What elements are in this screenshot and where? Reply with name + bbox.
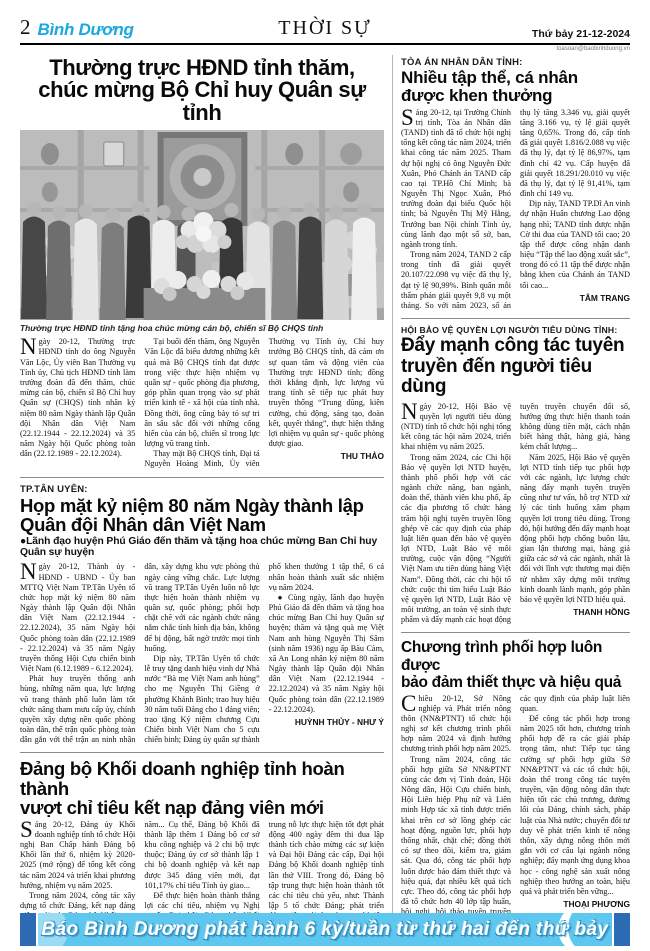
banner-left-square (20, 913, 36, 946)
article-photo-figure: Thường trực HĐND tỉnh tặng hoa chúc mừng… (20, 130, 384, 333)
page-header: 2 Bình Dương THỜI SỰ Thứ bảy 21-12-2024 (20, 16, 630, 40)
article-headline: Đảng bộ Khối doanh nghiệp tỉnh hoàn thàn… (20, 759, 384, 817)
byline: TÂM TRANG (520, 293, 630, 303)
article-tan-uyen: TP.TÂN UYÊN: Họp mặt kỷ niệm 80 năm Ngày… (20, 484, 384, 746)
photo-caption: Thường trực HĐND tỉnh tặng hoa chúc mừng… (20, 323, 384, 333)
issue-date: Thứ bảy 21-12-2024 (532, 28, 630, 40)
section-title: THỜI SỰ (278, 17, 371, 40)
article-body: Sáng 20-12, Đảng ủy Khối doanh nghiệp tỉ… (20, 820, 384, 917)
article-toa-an: TÒA ÁN NHÂN DÂN TỈNH: Nhiều tập thể, cá … (401, 57, 630, 311)
article-hdnd-visit: Thường trực HĐND tỉnh thăm, chúc mừng Bộ… (20, 57, 384, 470)
byline: THU THẢO (269, 451, 384, 461)
article-body: Ngày 20-12, Thành ủy - HĐND - UBND - Ủy … (20, 562, 384, 745)
section-divider (20, 752, 384, 753)
section-divider (401, 632, 630, 633)
article-phoi-hop: Chương trình phối hợp luôn được bảo đảm … (401, 639, 630, 917)
article-tieu-dung: HỘI BẢO VỆ QUYỀN LỢI NGƯỜI TIÊU DÙNG TỈN… (401, 325, 630, 625)
article-kicker: TP.TÂN UYÊN: (20, 484, 384, 495)
article-kicker: HỘI BẢO VỆ QUYỀN LỢI NGƯỜI TIÊU DÙNG TỈN… (401, 325, 630, 335)
section-divider (20, 477, 384, 478)
byline: HUỲNH THỦY - NHƯ Ý (269, 717, 384, 727)
masthead-logo: Bình Dương (38, 20, 134, 40)
article-headline: Chương trình phối hợp luôn được bảo đảm … (401, 639, 630, 690)
article-headline: Họp mặt kỷ niệm 80 năm Ngày thành lập Qu… (20, 496, 384, 535)
article-subhead: ●Lãnh đạo huyện Phú Giáo đến thăm và tặn… (20, 536, 384, 558)
article-headline: Nhiều tập thể, cá nhân được khen thưởng (401, 69, 630, 105)
banner-right-square (614, 913, 630, 946)
page-number: 2 (20, 15, 31, 40)
banner-bar: Báo Bình Dương phát hành 6 kỳ/tuần từ th… (38, 913, 612, 946)
left-column: Thường trực HĐND tỉnh thăm, chúc mừng Bộ… (20, 55, 392, 917)
article-body: Ngày 20-12, Thường trực HĐND tỉnh do ông… (20, 337, 384, 469)
right-column: TÒA ÁN NHÂN DÂN TỈNH: Nhiều tập thể, cá … (392, 55, 630, 917)
article-body: Sáng 20-12, tại Trường Chính trị tỉnh, T… (401, 108, 630, 311)
section-divider (401, 318, 630, 319)
article-headline: Đẩy mạnh công tác tuyên truyền đến người… (401, 336, 630, 398)
banner-text: Báo Bình Dương phát hành 6 kỳ/tuần từ th… (42, 919, 609, 941)
main-content: Thường trực HĐND tỉnh thăm, chúc mừng Bộ… (20, 55, 630, 917)
contact-email: toasoan@baobinhduong.vn (20, 45, 630, 54)
article-headline: Thường trực HĐND tỉnh thăm, chúc mừng Bộ… (20, 57, 384, 124)
byline: THANH HỒNG (520, 607, 630, 617)
article-body: Ngày 20-12, Hội Bảo vệ quyền lợi người t… (401, 402, 630, 626)
article-body: Chiều 20-12, Sở Nông nghiệp và Phát triể… (401, 694, 630, 917)
article-photo (20, 130, 384, 320)
article-dang-bo: Đảng bộ Khối doanh nghiệp tỉnh hoàn thàn… (20, 759, 384, 917)
article-kicker: TÒA ÁN NHÂN DÂN TỈNH: (401, 57, 630, 68)
newspaper-page: 2 Bình Dương THỜI SỰ Thứ bảy 21-12-2024 … (0, 0, 650, 951)
byline: THOẠI PHƯƠNG (520, 899, 630, 909)
footer-banner: Báo Bình Dương phát hành 6 kỳ/tuần từ th… (20, 913, 630, 946)
